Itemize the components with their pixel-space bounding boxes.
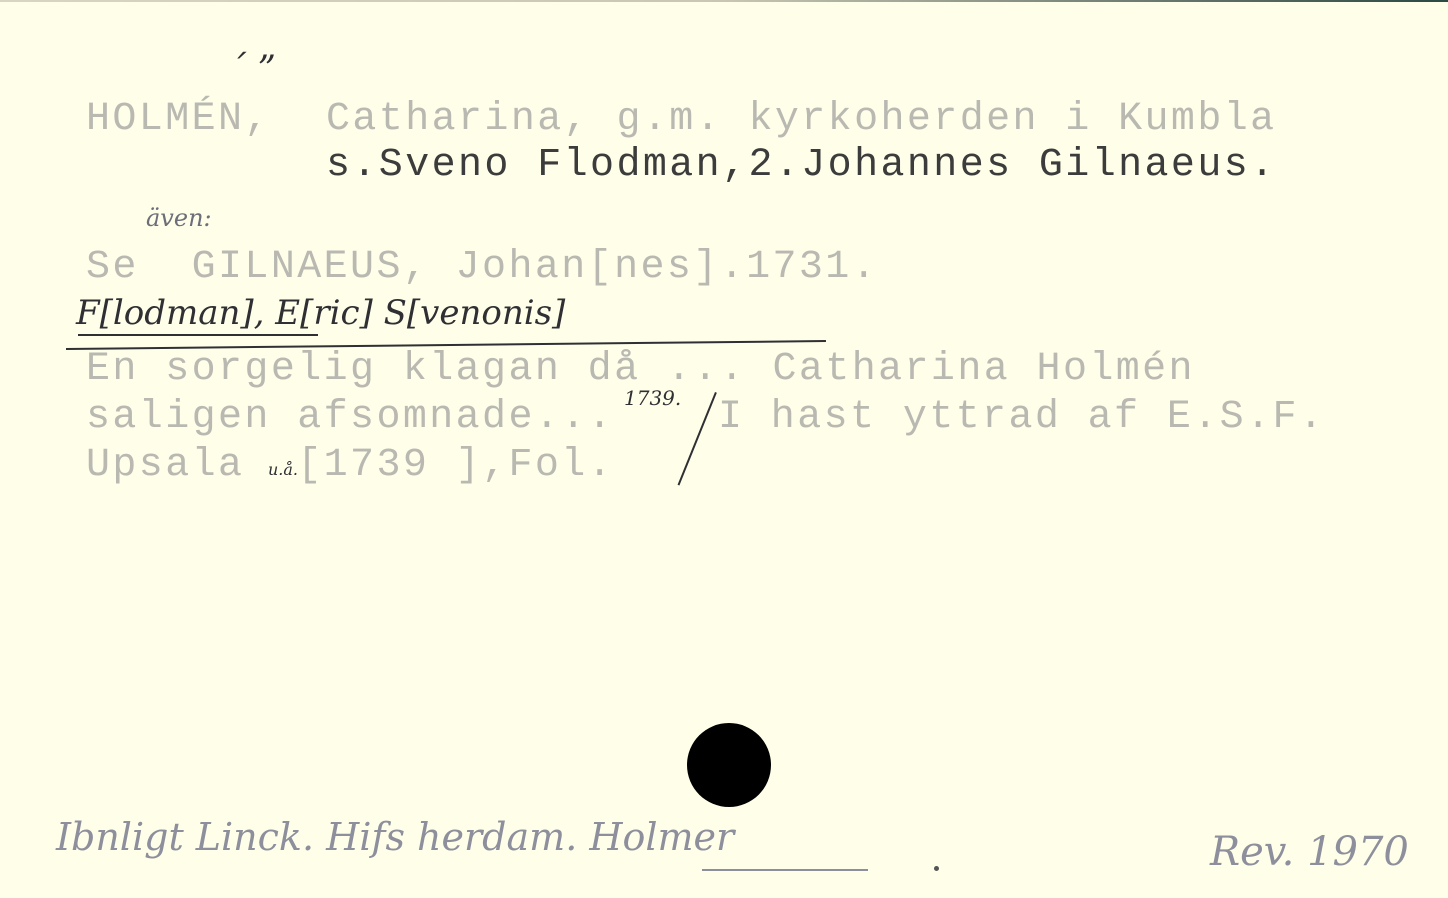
card-top-edge [0,0,1448,2]
handwritten-aven-insert: även: [146,206,212,230]
stray-dot [934,866,939,871]
title-line-2a: saligen afsomnade... [86,398,614,438]
see-reference: Se GILNAEUS, Johan[nes].1731. [86,248,878,288]
handwritten-slash-mark [678,392,717,485]
spouses-line: s.Sveno Flodman,2.Johannes Gilnaeus. [326,146,1277,186]
catalog-card: ´ ” HOLMÉN, Catharina, g.m. kyrkoherden … [0,0,1448,898]
title-line-2b: I hast yttrad af E.S.F. [718,398,1325,438]
heading-description: Catharina, g.m. kyrkoherden i Kumbla [326,100,1277,140]
footer-underline [702,869,868,871]
handwritten-year-insert: 1739. [624,388,681,408]
handwritten-author-attribution: F[lodman], E[ric] S[venonis] [76,296,565,330]
heading-name: HOLMÉN, [86,100,271,140]
card-punch-hole [687,723,771,807]
handwritten-accent-marks: ´ ” [228,52,276,88]
handwritten-footer-note: Ibnligt Linck. Hifs herdam. Holmer [56,818,734,856]
imprint: Upsala [1739 ],Fol. [86,446,614,486]
handwritten-revision-note: Rev. 1970 [1210,832,1409,872]
title-line-1: En sorgelig klagan då ... Catharina Holm… [86,350,1195,390]
handwritten-imprint-insert: u.å. [268,462,298,478]
author-underline [78,334,318,336]
